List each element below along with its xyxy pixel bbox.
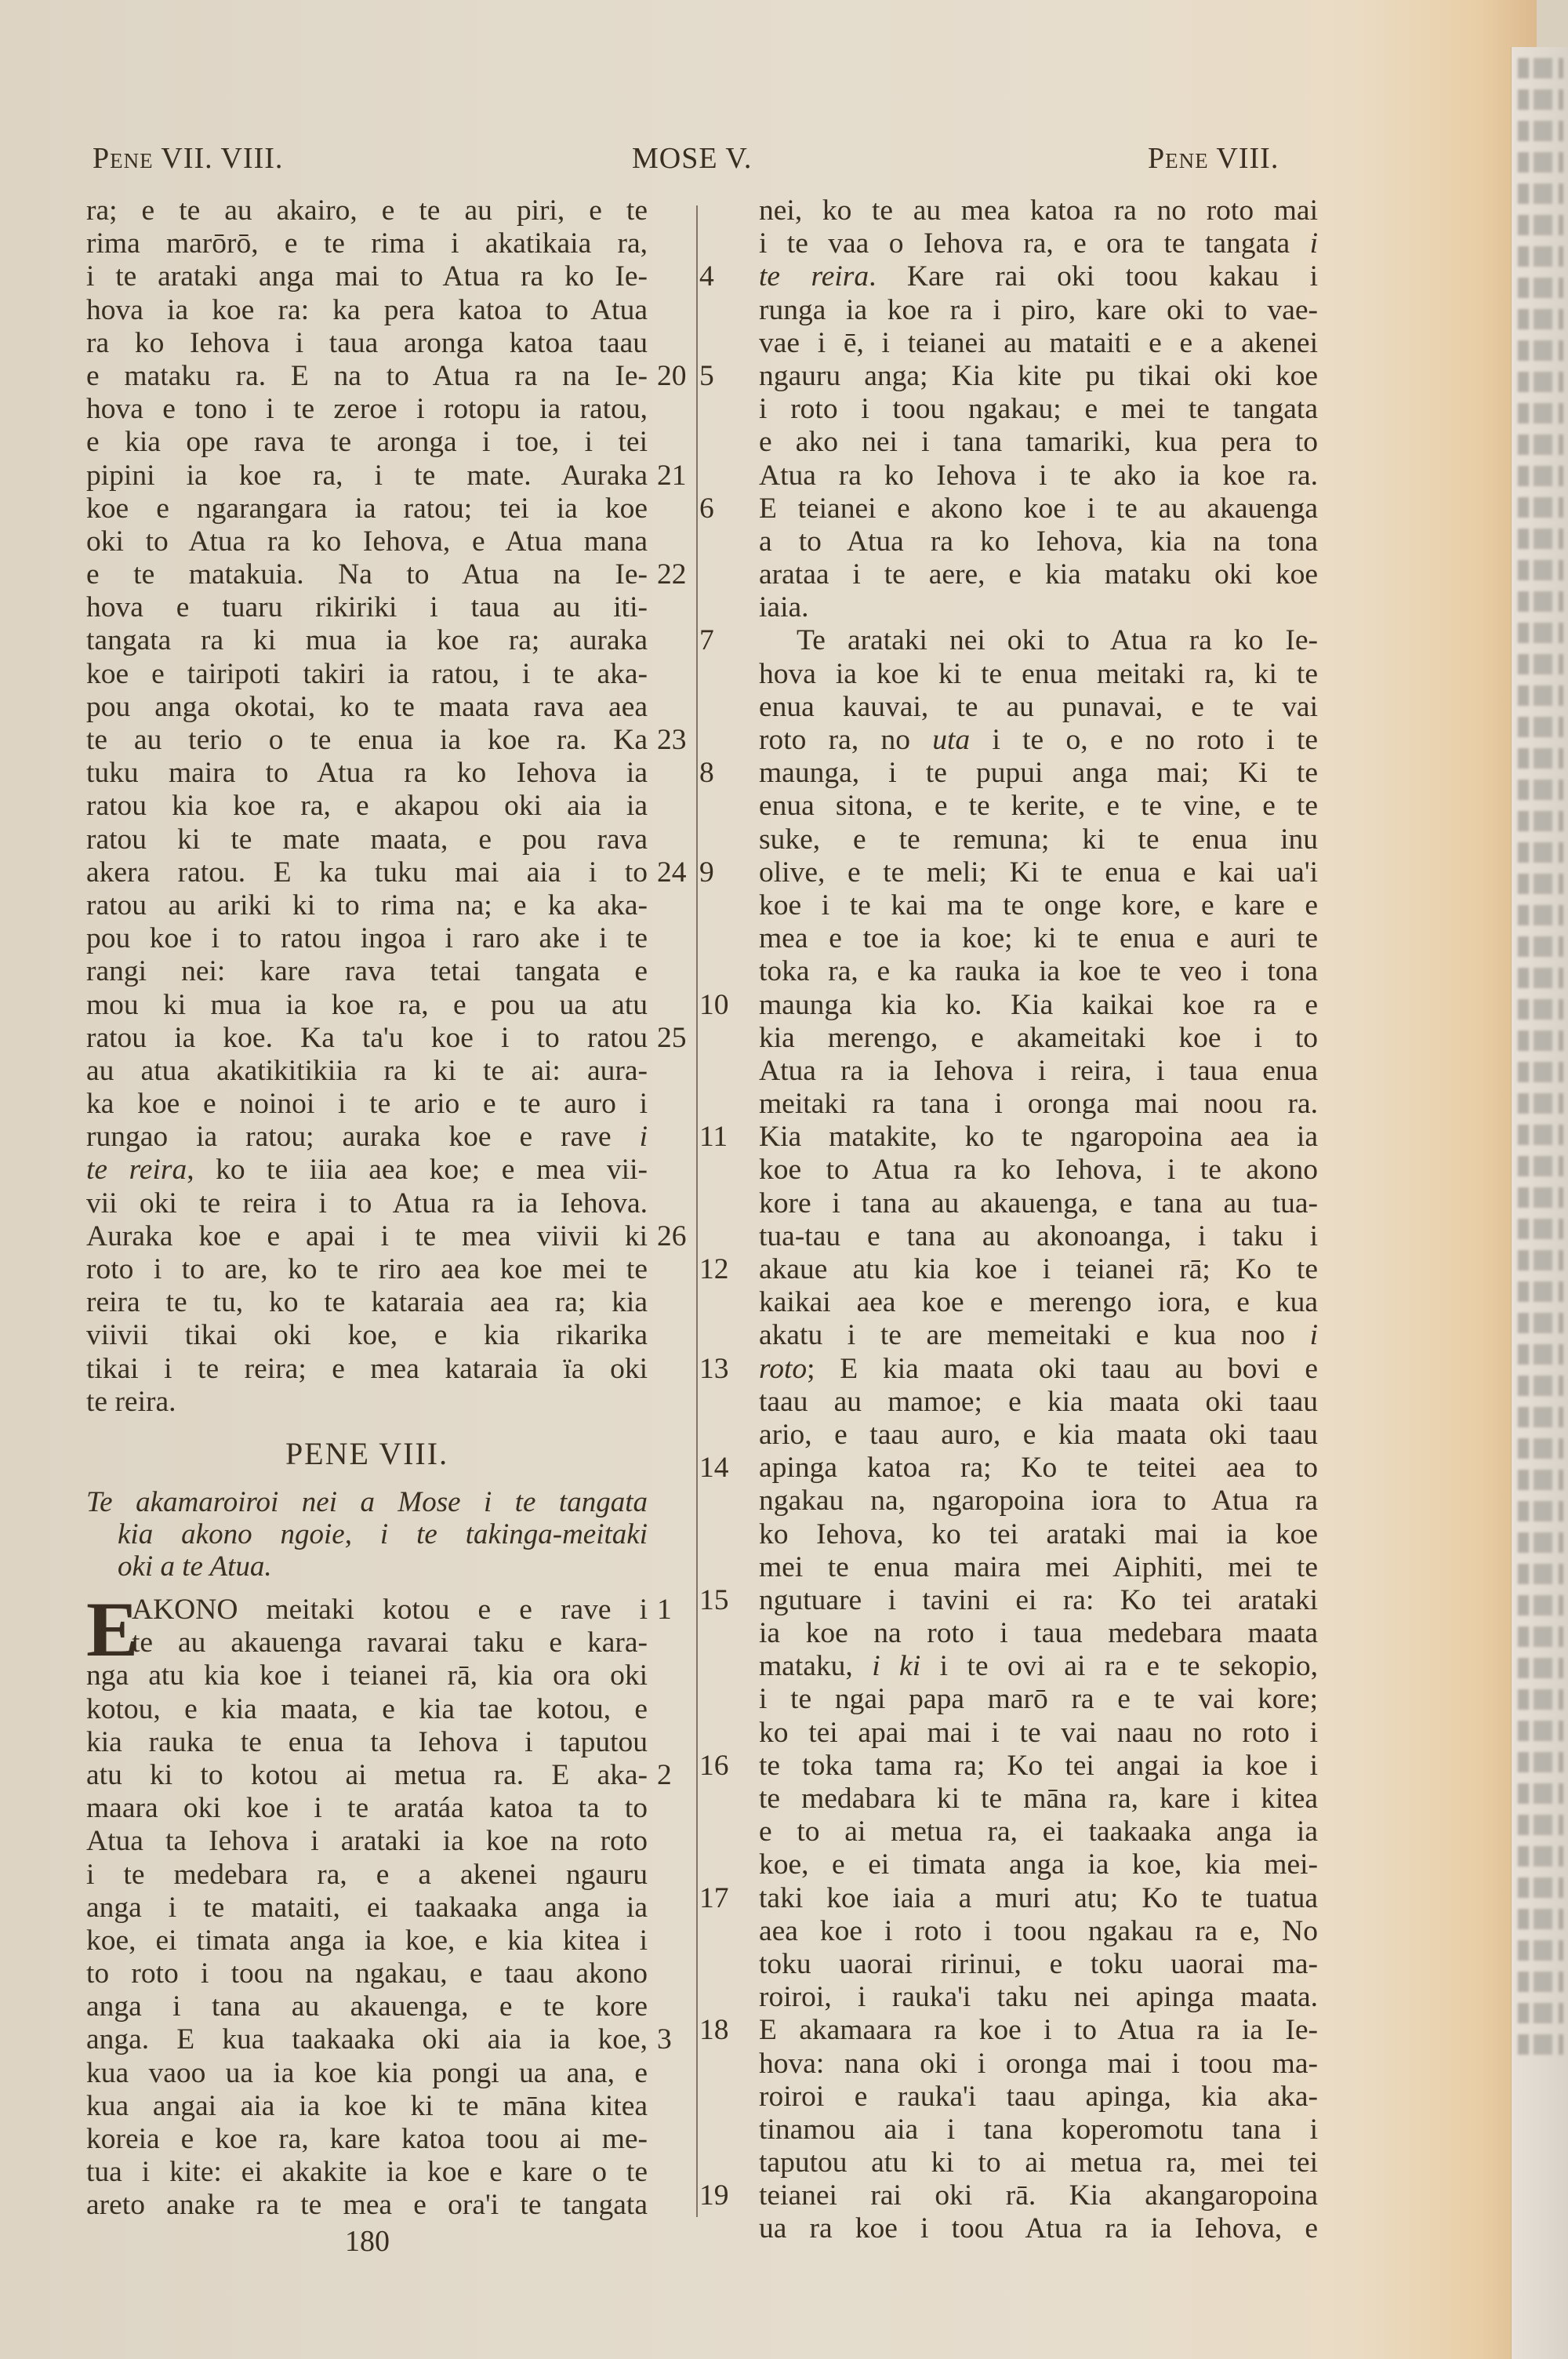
line-text: ratou au ariki ki to rima na; e ka aka- — [86, 889, 648, 921]
line-text: ratou ia koe. Ka ta'u koe i to ratou — [86, 1022, 648, 1054]
text-line: maunga kia ko. Kia kaikai koe ra e10 — [759, 989, 1318, 1022]
line-text: tua-tau e tana au akonoanga, i taku i — [759, 1220, 1318, 1252]
text-line: taki koe iaia a muri atu; Ko te tuatua17 — [759, 1882, 1318, 1915]
line-text: akatu i te are memeitaki e kua noo — [759, 1319, 1285, 1351]
blurred-text-line — [1518, 58, 1563, 78]
text-line: i te medebara ra, e a akenei ngauru — [86, 1859, 648, 1892]
text-line: ka koe e noinoi i te ario e te auro i — [86, 1088, 648, 1121]
blurred-text-line — [1518, 497, 1563, 518]
line-text: koe e ngarangara ia ratou; tei ia koe — [86, 493, 648, 525]
text-line: maunga, i te pupui anga mai; Ki te8 — [759, 757, 1318, 790]
blurred-text-line — [1518, 999, 1563, 1020]
blurred-text-line — [1518, 1595, 1563, 1616]
text-line: nga atu kia koe i teianei rā, kia ora ok… — [86, 1659, 648, 1692]
verse-number: 5 — [699, 360, 748, 393]
line-text: runga ia koe ra i piro, kare oki to vae- — [759, 294, 1318, 326]
line-text: kia rauka te enua ta Iehova i taputou — [86, 1726, 648, 1758]
text-line: vae i ē, i teianei au mataiti e e a aken… — [759, 327, 1318, 360]
line-text: anga i tana au akauenga, e te kore — [86, 1990, 648, 2023]
blurred-text-line — [1518, 717, 1563, 737]
line-text: roto ra, no — [759, 724, 932, 756]
text-line: te reira. Kare rai oki toou kakau i4 — [759, 260, 1318, 293]
blurred-text-line — [1518, 278, 1563, 298]
text-line: ario, e taau auro, e kia maata oki taau — [759, 1419, 1318, 1452]
text-line: pipini ia koe ra, i te mate. Auraka21 — [86, 460, 648, 493]
line-text: suke, e te remuna; ki te enua inu — [759, 823, 1318, 856]
line-text: toku uaorai ririnui, e toku uaorai ma- — [759, 1948, 1318, 1980]
text-line: enua sitona, e te kerite, e te vine, e t… — [759, 790, 1318, 823]
line-text: atu ki to kotou ai metua ra. E aka- — [86, 1759, 648, 1791]
blurred-text-line — [1518, 215, 1563, 235]
text-line: viivii tikai oki koe, e kia rikarika — [86, 1319, 648, 1352]
verse-number: 9 — [699, 856, 748, 889]
verse-number: 15 — [699, 1584, 748, 1617]
page-number: 180 — [345, 2224, 390, 2259]
text-line: ko tei apai mai i te vai naau no roto i — [759, 1717, 1318, 1750]
blurred-text-line — [1518, 1783, 1563, 1804]
line-text: tinamou aia i tana kореromotu tana i — [759, 2114, 1318, 2146]
line-text: koreia e koe ra, kare katoa toou ai me- — [86, 2123, 648, 2155]
verse-number: 17 — [699, 1882, 748, 1915]
blurred-text-line — [1518, 1909, 1563, 1929]
line-text: tikai i te reira; e mea kataraia ïa oki — [86, 1353, 648, 1385]
blurred-text-line — [1518, 1250, 1563, 1270]
line-text: i te ovi ai ra e te sekopio, — [920, 1650, 1318, 1682]
line-text: a to Atua ra ko Iehova, kia na tona — [759, 525, 1318, 558]
blurred-text-line — [1518, 1721, 1563, 1741]
line-text: ngutuare i tavini ei ra: Ko tei arataki — [759, 1584, 1318, 1616]
text-line: Atua ra ko Iehova i te ako ia koe ra. — [759, 460, 1318, 493]
line-text: kotou, e kia maata, e kia tae kotou, e — [86, 1693, 648, 1725]
line-text: pou koe i to ratou ingoa i raro ake i te — [86, 922, 648, 954]
line-text: e kia ope rava te aronga i toe, i tei — [86, 426, 648, 458]
line-text: i te ngai papa marō ra e te vai kore; — [759, 1683, 1318, 1715]
line-text: Atua ta Iehova i arataki ia koe na roto — [86, 1825, 648, 1857]
chapter-body: E AKONO meitaki kotou e e rave i1te au a… — [86, 1594, 648, 2223]
chapter-title: PENE VIII. — [86, 1435, 648, 1472]
text-line: tua-tau e tana au akonoanga, i taku i — [759, 1220, 1318, 1253]
line-text: Atua ra ia Iehova i reira, i taua enua — [759, 1055, 1318, 1087]
text-line: toka ra, e ka rauka ia koe te veo i tona — [759, 955, 1318, 988]
line-text: anga. E kua taakaaka oki aia ia koe, — [86, 2023, 648, 2055]
line-text: arataa i te aere, e kia mataku oki koe — [759, 558, 1318, 591]
blurred-text-line — [1518, 1438, 1563, 1459]
line-text: AKONO meitaki kotou e e rave i — [132, 1594, 648, 1626]
text-line: kotou, e kia maata, e kia tae kotou, e — [86, 1693, 648, 1726]
verse-number: 10 — [699, 989, 748, 1022]
text-line: tuku maira to Atua ra ko Iehova ia — [86, 757, 648, 790]
line-text: teianei rai oki rā. Kia akangaropoina — [759, 2179, 1318, 2212]
blurred-text-line — [1518, 1972, 1563, 1992]
blurred-text-line — [1518, 89, 1563, 110]
line-text: e ako nei i tana tamariki, kua pera to — [759, 426, 1318, 458]
text-line: roiroi e rauka'i taau apinga, kia aka- — [759, 2081, 1318, 2114]
text-line: roto ra, no uta i te o, e no roto i te — [759, 724, 1318, 757]
verse-number: 4 — [699, 260, 748, 293]
text-line: e ako nei i tana tamariki, kua pera to — [759, 426, 1318, 459]
line-text: roiroi, i rauka'i taku nei apinga maata. — [759, 1981, 1318, 2013]
text-line: iaia. — [759, 591, 1318, 624]
line-text: kia merengo, e akameitaki koe i to — [759, 1022, 1318, 1054]
line-text: iaia. — [759, 591, 809, 623]
text-line: oki to Atua ra ko Iehova, e Atua mana — [86, 525, 648, 558]
text-line: ratou au ariki ki to rima na; e ka aka- — [86, 889, 648, 922]
verse-number: 12 — [699, 1253, 748, 1286]
text-line: i roto i toou ngakau; e mei te tangata — [759, 393, 1318, 426]
blurred-text-line — [1518, 246, 1563, 267]
line-text: rungao ia ratou; auraka koe e rave — [86, 1121, 612, 1153]
line-text: koe, e ei timata anga ia koe, kia mei- — [759, 1848, 1318, 1881]
line-text: ko Iehova, ko tei arataki mai ia koe — [759, 1518, 1318, 1550]
text-line: te reira, ko te iiia aea koe; e mea vii- — [86, 1154, 648, 1187]
text-line: kaikai aea koe e merengo iora, e kua — [759, 1286, 1318, 1319]
verse-number: 26 — [657, 1220, 707, 1253]
line-text: maunga, i te pupui anga mai; Ki te — [759, 757, 1318, 789]
line-text: ario, e taau auro, e kia maata oki taau — [759, 1419, 1318, 1451]
line-text: kore i tana au akauenga, e tana au tua- — [759, 1187, 1318, 1219]
blurred-text-line — [1518, 1532, 1563, 1553]
line-text: meitaki ra tana i oronga mai noou ra. — [759, 1088, 1318, 1120]
line-text: E teianei e akono koe i te au akauenga — [759, 493, 1318, 525]
line-text: Atua ra ko Iehova i te ako ia koe ra. — [759, 460, 1318, 492]
blurred-text-line — [1518, 1156, 1563, 1176]
line-text: apinga katoa ra; Ko te teitei aea to — [759, 1452, 1318, 1484]
line-text: e to ai metua ra, ei taakaaka anga ia — [759, 1816, 1318, 1848]
text-line: tikai i te reira; e mea kataraia ïa oki — [86, 1353, 648, 1386]
text-line: Atua ta Iehova i arataki ia koe na roto — [86, 1825, 648, 1858]
text-line: Atua ra ia Iehova i reira, i taua enua — [759, 1055, 1318, 1088]
text-line: te medabara ki te māna ra, kare i kitea — [759, 1783, 1318, 1816]
chapter-summary: Te akamaroiroi nei a Mose i te tangataki… — [86, 1486, 648, 1583]
blurred-text-line — [1518, 654, 1563, 674]
blurred-text-line — [1518, 372, 1563, 392]
text-line: hova e tono i te zeroe i rotopu ia ratou… — [86, 393, 648, 426]
line-text: ngauru anga; Kia kite pu tikai oki koe — [759, 360, 1318, 392]
blurred-text-line — [1518, 1407, 1563, 1427]
line-text: te reira. — [86, 1386, 176, 1418]
text-line: ratou ki te mate maata, e pou rava — [86, 823, 648, 856]
verse-number: 19 — [699, 2179, 748, 2212]
line-text: ua ra koe i toou Atua ra ia Iehova, e — [759, 2212, 1318, 2245]
line-text: kua vaoo ua ia koe kia pongi ua ana, e — [86, 2057, 648, 2089]
blurred-text-line — [1518, 1313, 1563, 1333]
italic-text: i ki — [872, 1650, 920, 1682]
line-text: mea e toe ia koe; ki te enua e auri te — [759, 922, 1318, 954]
line-text: te au akauenga ravarai taku e kara- — [132, 1627, 648, 1659]
text-line: e te matakuia. Na to Atua na Ie-22 — [86, 558, 648, 591]
line-text: anga i te mataiti, ei taakaaka anga ia — [86, 1892, 648, 1924]
text-line: koe i te kai ma te onge kore, e kare e — [759, 889, 1318, 922]
text-line: e kia ope rava te aronga i toe, i tei — [86, 426, 648, 459]
text-line: ko Iehova, ko tei arataki mai ia koe — [759, 1518, 1318, 1551]
line-text: e te matakuia. Na to Atua na Ie- — [86, 558, 648, 591]
line-text: oki to Atua ra ko Iehova, e Atua mana — [86, 525, 648, 558]
text-line: kore i tana au akauenga, e tana au tua- — [759, 1187, 1318, 1220]
line-text: nga atu kia koe i teianei rā, kia ora ok… — [86, 1659, 648, 1692]
line-text: ra; e te au akairo, e te au piri, e te — [86, 194, 648, 227]
line-text: hova e tono i te zeroe i rotopu ia ratou… — [86, 393, 648, 425]
line-text: toka ra, e ka rauka ia koe te veo i tona — [759, 955, 1318, 987]
blurred-text-line — [1518, 1219, 1563, 1239]
blurred-text-line — [1518, 152, 1563, 173]
text-line: koe e tairipoti takiri ia ratou, i te ak… — [86, 658, 648, 691]
blurred-text-line — [1518, 780, 1563, 800]
verse-number: 18 — [699, 2014, 748, 2047]
line-text: akaue atu kia koe i teianei rā; Ko te — [759, 1253, 1318, 1285]
blurred-text-line — [1518, 340, 1563, 361]
line-text: vae i ē, i teianei au mataiti e e a aken… — [759, 327, 1318, 359]
verse-number: 6 — [699, 493, 748, 525]
line-text: e mataku ra. E na to Atua ra na Ie- — [86, 360, 648, 392]
italic-text: i — [1310, 1319, 1318, 1351]
line-text: mataku, — [759, 1650, 872, 1682]
text-line: koreia e koe ra, kare katoa toou ai me- — [86, 2123, 648, 2156]
blurred-text-line — [1518, 529, 1563, 549]
verse-number: 21 — [657, 460, 707, 493]
line-text: ka koe e noinoi i te ario e te auro i — [86, 1088, 648, 1120]
verse-number: 8 — [699, 757, 748, 790]
text-line: hova ia koe ki te enua meitaki ra, ki te — [759, 658, 1318, 691]
blurred-text-line — [1518, 1093, 1563, 1114]
text-line: Te arataki nei oki to Atua ra ko Ie-7 — [759, 624, 1318, 657]
line-text: mei te enua maira mei Aiphiti, mei te — [759, 1551, 1318, 1583]
text-line: ngakau na, ngaropoina iora to Atua ra — [759, 1485, 1318, 1518]
italic-text: i — [640, 1121, 648, 1153]
blurred-text-line — [1518, 842, 1563, 863]
blurred-text-line — [1518, 434, 1563, 455]
text-line: reira te tu, ko te kataraia aea ra; kia — [86, 1286, 648, 1319]
running-head-left: Pene VII. VIII. — [93, 141, 283, 176]
running-head-center: MOSE V. — [632, 141, 752, 176]
line-text: roiroi e rauka'i taau apinga, kia aka- — [759, 2081, 1318, 2113]
blurred-text-line — [1518, 1627, 1563, 1647]
verse-number: 22 — [657, 558, 707, 591]
text-line: i te vaa o Iehova ra, e ora te tangata i — [759, 227, 1318, 260]
verse-number: 23 — [657, 724, 707, 757]
line-text: ra ko Iehova i taua aronga katoa taau — [86, 327, 648, 359]
text-line: hova: nana oki i oronga mai i toou ma- — [759, 2048, 1318, 2081]
blurred-text-line — [1518, 968, 1563, 988]
text-line: ratou kia koe ra, e akapou oki aia ia — [86, 790, 648, 823]
line-text: te au terio o te enua ia koe ra. Ka — [86, 724, 648, 756]
text-line: te toka tama ra; Ko tei angai ia koe i16 — [759, 1750, 1318, 1783]
text-line: ua ra koe i toou Atua ra ia Iehova, e — [759, 2212, 1318, 2245]
blurred-text-line — [1518, 1501, 1563, 1521]
verse-number: 7 — [699, 624, 748, 657]
line-text: viivii tikai oki koe, e kia rikarika — [86, 1319, 648, 1351]
italic-text: roto — [759, 1353, 807, 1385]
text-line: hova ia koe ra: ka pera katoa to Atua — [86, 294, 648, 327]
text-line: akaue atu kia koe i teianei rā; Ko te12 — [759, 1253, 1318, 1286]
line-text: i te medebara ra, e a akenei ngauru — [86, 1859, 648, 1891]
text-line: ratou ia koe. Ka ta'u koe i to ratou25 — [86, 1022, 648, 1055]
running-head-right: Pene VIII. — [1148, 141, 1279, 176]
line-text: kaikai aea koe e merengo iora, e kua — [759, 1286, 1318, 1318]
blurred-text-line — [1518, 309, 1563, 329]
text-line: roto i to are, ko te riro aea koe mei te — [86, 1253, 648, 1286]
text-line: suke, e te remuna; ki te enua inu — [759, 823, 1318, 856]
line-text: Te arataki nei oki to Atua ra ko Ie- — [797, 624, 1318, 656]
line-text: pou anga okotai, ko te maata rava aea — [86, 691, 648, 723]
text-line: taau au mamoe; e kia maata oki taau — [759, 1386, 1318, 1419]
line-text: aea koe i roto i toou ngakau ra e, No — [759, 1915, 1318, 1947]
line-text: rangi nei: kare rava tetai tangata e — [86, 955, 648, 987]
text-line: te au terio o te enua ia koe ra. Ka23 — [86, 724, 648, 757]
blurred-text-line — [1518, 1658, 1563, 1678]
line-text: tangata ra ki mua ia koe ra; auraka — [86, 624, 648, 656]
line-text: akera ratou. E ka tuku mai aia i to — [86, 856, 648, 889]
text-line: teianei rai oki rā. Kia akangaropoina19 — [759, 2179, 1318, 2212]
blurred-text-line — [1518, 184, 1563, 204]
text-line: ra ko Iehova i taua aronga katoa taau — [86, 327, 648, 360]
text-line: anga. E kua taakaaka oki aia ia koe,3 — [86, 2023, 648, 2056]
text-line: nei, ko te au mea katoa ra no roto mai — [759, 194, 1318, 227]
italic-text: te reira — [759, 260, 869, 293]
book-page: Pene VII. VIII. MOSE V. Pene VIII. ra; e… — [0, 0, 1537, 2359]
line-text: enua kauvai, te au punavai, e te vai — [759, 691, 1318, 723]
text-line: pou koe i to ratou ingoa i raro ake i te — [86, 922, 648, 955]
text-line: apinga katoa ra; Ko te teitei aea to14 — [759, 1452, 1318, 1485]
text-line: kia rauka te enua ta Iehova i taputou — [86, 1726, 648, 1759]
text-line: akatu i te are memeitaki e kua noo i — [759, 1319, 1318, 1352]
blurred-text-line — [1518, 466, 1563, 486]
text-line: a to Atua ra ko Iehova, kia na tona — [759, 525, 1318, 558]
line-text: ratou kia koe ra, e akapou oki aia ia — [86, 790, 648, 822]
blurred-text-line — [1518, 1815, 1563, 1835]
text-line: koe e ngarangara ia ratou; tei ia koe — [86, 493, 648, 525]
summary-line: oki a te Atua. — [86, 1550, 648, 1583]
line-text: nei, ko te au mea katoa ra no roto mai — [759, 194, 1318, 227]
line-text: hova e tuaru rikiriki i taua au iti- — [86, 591, 648, 623]
text-line: enua kauvai, te au punavai, e te vai — [759, 691, 1318, 724]
blurred-text-line — [1518, 1187, 1563, 1208]
text-line: e to ai metua ra, ei taakaaka anga ia — [759, 1816, 1318, 1848]
verse-number: 25 — [657, 1022, 707, 1055]
text-line: aea koe i roto i toou ngakau ra e, No — [759, 1915, 1318, 1948]
blurred-text-line — [1518, 1344, 1563, 1365]
blurred-text-line — [1518, 1752, 1563, 1772]
running-head: Pene VII. VIII. MOSE V. Pene VIII. — [0, 141, 1333, 180]
line-text: to roto i toou na ngakau, e taau akono — [86, 1957, 648, 1990]
text-line: tua i kite: ei akakite ia koe e kare o t… — [86, 2156, 648, 2189]
text-line: Auraka koe e apai i te mea viivii ki26 — [86, 1220, 648, 1253]
line-text: te toka tama ra; Ko tei angai ia koe i — [759, 1750, 1318, 1782]
blurred-text-line — [1518, 748, 1563, 769]
line-text: roto i to are, ko te riro aea koe mei te — [86, 1253, 648, 1285]
blurred-text-line — [1518, 591, 1563, 612]
text-line: kua angai aia ia koe ki te māna kitea — [86, 2090, 648, 2123]
text-line: roto; E kia maata oki taau au bovi e13 — [759, 1353, 1318, 1386]
blurred-text-line — [1518, 811, 1563, 831]
text-line: rungao ia ratou; auraka koe e rave i — [86, 1121, 648, 1154]
line-text: Auraka koe e apai i te mea viivii ki — [86, 1220, 648, 1252]
text-line: pou anga okotai, ko te maata rava aea — [86, 691, 648, 724]
text-line: anga i tana au akauenga, e te kore — [86, 1990, 648, 2023]
text-line: ia koe na roto i taua medebara maata — [759, 1617, 1318, 1650]
text-line: E teianei e akono koe i te au akauenga6 — [759, 493, 1318, 525]
blurred-text-line — [1518, 1689, 1563, 1710]
text-line: roiroi, i rauka'i taku nei apinga maata. — [759, 1981, 1318, 2014]
text-line: au atua akatikitikiia ra ki te ai: aura- — [86, 1055, 648, 1088]
text-line: akera ratou. E ka tuku mai aia i to24 — [86, 856, 648, 889]
text-line: AKONO meitaki kotou e e rave i1 — [86, 1594, 648, 1627]
blurred-text-line — [1518, 2034, 1563, 2055]
line-text: ratou ki te mate maata, e pou rava — [86, 823, 648, 856]
line-text: hova ia koe ra: ka pera katoa to Atua — [86, 294, 648, 326]
line-text: hova ia koe ki te enua meitaki ra, ki te — [759, 658, 1318, 690]
blurred-text-line — [1518, 936, 1563, 957]
blurred-text-line — [1518, 1877, 1563, 1898]
text-line: toku uaorai ririnui, e toku uaorai ma- — [759, 1948, 1318, 1981]
text-line: to roto i toou na ngakau, e taau akono — [86, 1957, 648, 1990]
text-line: i te arataki anga mai to Atua ra ko Ie- — [86, 260, 648, 293]
blurred-text-line — [1518, 121, 1563, 141]
text-line: ngauru anga; Kia kite pu tikai oki koe5 — [759, 360, 1318, 393]
text-line: te reira. — [86, 1386, 648, 1419]
line-text: koe i te kai ma te onge kore, e kare e — [759, 889, 1318, 921]
line-text: taau au mamoe; e kia maata oki taau — [759, 1386, 1318, 1418]
right-column: nei, ko te au mea katoa ra no roto maii … — [759, 194, 1318, 2246]
verse-number: 16 — [699, 1750, 748, 1783]
line-text: ko tei apai mai i te vai naau no roto i — [759, 1717, 1318, 1749]
column-divider — [696, 205, 698, 2217]
text-line: rima marōrō, e te rima i akatikaia ra, — [86, 227, 648, 260]
line-text: rima marōrō, e te rima i akatikaia ra, — [86, 227, 648, 260]
line-text: i te vaa o Iehova ra, e ora te tangata — [759, 227, 1290, 260]
line-text: hova: nana oki i oronga mai i toou ma- — [759, 2048, 1318, 2080]
text-line: i te ngai papa marō ra e te vai kore; — [759, 1683, 1318, 1716]
blurred-text-line — [1518, 685, 1563, 706]
blurred-text-line — [1518, 874, 1563, 894]
italic-text: i — [1310, 227, 1318, 260]
line-text: ngakau na, ngaropoina iora to Atua ra — [759, 1485, 1318, 1517]
line-text: te medabara ki te māna ra, kare i kitea — [759, 1783, 1318, 1815]
text-line: areto anake ra te mea e ora'i te tangata — [86, 2189, 648, 2222]
blurred-text-line — [1518, 403, 1563, 423]
text-line: meitaki ra tana i oronga mai noou ra. — [759, 1088, 1318, 1121]
italic-text: te reira — [86, 1154, 187, 1186]
text-line: kua vaoo ua ia koe kia pongi ua ana, e — [86, 2057, 648, 2090]
line-text: E akamaara ra koe i to Atua ra ia Ie- — [759, 2014, 1318, 2046]
line-text: ; E kia maata oki taau au bovi e — [807, 1353, 1318, 1385]
text-line: ra; e te au akairo, e te au piri, e te — [86, 194, 648, 227]
blurred-text-line — [1518, 1062, 1563, 1082]
text-line: ngutuare i tavini ei ra: Ko tei arataki1… — [759, 1584, 1318, 1617]
left-column: ra; e te au akairo, e te au piri, e teri… — [86, 194, 648, 1419]
text-line: e mataku ra. E na to Atua ra na Ie-20 — [86, 360, 648, 393]
line-text: mou ki mua ia koe ra, e pou ua atu — [86, 989, 648, 1021]
blurred-text-line — [1518, 1846, 1563, 1866]
text-line: mataku, i ki i te ovi ai ra e te sekopio… — [759, 1650, 1318, 1683]
line-text: kua angai aia ia koe ki te māna kitea — [86, 2090, 648, 2122]
blurred-text-line — [1518, 1030, 1563, 1051]
line-text: enua sitona, e te kerite, e te vine, e t… — [759, 790, 1318, 822]
line-text: ia koe na roto i taua medebara maata — [759, 1617, 1318, 1649]
line-text: vii oki te reira i to Atua ra ia Iehova. — [86, 1187, 648, 1219]
line-text: tua i kite: ei akakite ia koe e kare o t… — [86, 2156, 648, 2188]
verse-number: 11 — [699, 1121, 748, 1154]
text-line: koe to Atua ra ko Iehova, i te akono — [759, 1154, 1318, 1187]
blurred-text-line — [1518, 905, 1563, 925]
text-line: tangata ra ki mua ia koe ra; auraka — [86, 624, 648, 657]
verse-number: 13 — [699, 1353, 748, 1386]
line-text: koe, ei timata anga ia koe, e kia kitea … — [86, 1925, 648, 1957]
blurred-text-line — [1518, 560, 1563, 580]
line-text: tuku maira to Atua ra ko Iehova ia — [86, 757, 648, 789]
text-line: anga i te mataiti, ei taakaaka anga ia — [86, 1892, 648, 1925]
text-line: kia merengo, e akameitaki koe i to — [759, 1022, 1318, 1055]
blurred-text-line — [1518, 2003, 1563, 2023]
